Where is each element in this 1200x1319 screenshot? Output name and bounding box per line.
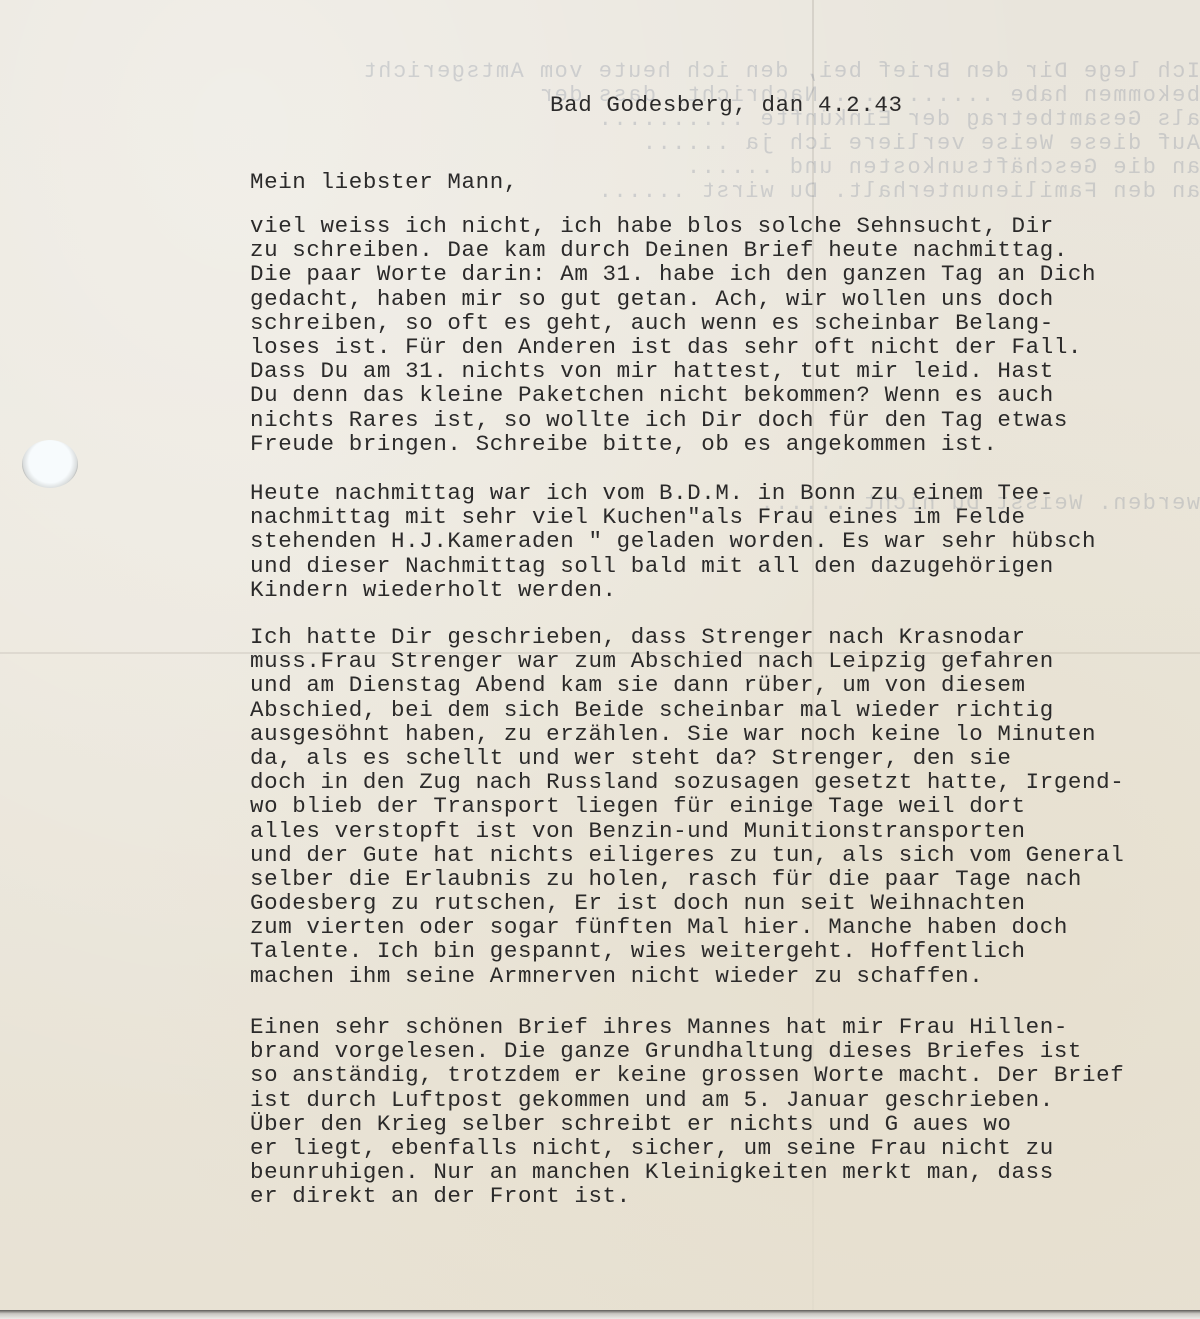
text-line: wo blieb der Transport liegen für einige… (250, 794, 1124, 818)
place-date-line: Bad Godesberg, dan 4.2.43 (550, 93, 903, 117)
text-line: selber die Erlaubnis zu holen, rasch für… (250, 867, 1124, 891)
text-line: nachmittag mit sehr viel Kuchen"als Frau… (250, 505, 1096, 529)
text-line: loses ist. Für den Anderen ist das sehr … (250, 335, 1096, 359)
text-line: Kindern wiederholt werden. (250, 578, 1096, 602)
paragraph-4: Einen sehr schönen Brief ihres Mannes ha… (250, 1015, 1124, 1209)
text-line: Abschied, bei dem sich Beide scheinbar m… (250, 698, 1124, 722)
text-line: gedacht, haben mir so gut getan. Ach, wi… (250, 287, 1096, 311)
salutation: Mein liebster Mann, (250, 170, 518, 194)
text-line: da, als es schellt und wer steht da? Str… (250, 746, 1124, 770)
text-line: ausgesöhnt haben, zu erzählen. Sie war n… (250, 722, 1124, 746)
text-line: Dass Du am 31. nichts von mir hattest, t… (250, 359, 1096, 383)
text-line: so anständig, trotzdem er keine grossen … (250, 1063, 1124, 1087)
text-line: beunruhigen. Nur an manchen Kleinigkeite… (250, 1160, 1124, 1184)
text-line: zum vierten oder sogar fünften Mal hier.… (250, 915, 1124, 939)
text-line: Freude bringen. Schreibe bitte, ob es an… (250, 432, 1096, 456)
text-line: und dieser Nachmittag soll bald mit all … (250, 554, 1096, 578)
text-line: und der Gute hat nichts eiligeres zu tun… (250, 843, 1124, 867)
text-line: doch in den Zug nach Russland sozusagen … (250, 770, 1124, 794)
text-line: er direkt an der Front ist. (250, 1184, 1124, 1208)
paragraph-2: Heute nachmittag war ich vom B.D.M. in B… (250, 481, 1096, 602)
text-line: brand vorgelesen. Die ganze Grundhaltung… (250, 1039, 1124, 1063)
text-line: stehenden H.J.Kameraden " geladen worden… (250, 529, 1096, 553)
text-line: und am Dienstag Abend kam sie dann rüber… (250, 673, 1124, 697)
text-line: Einen sehr schönen Brief ihres Mannes ha… (250, 1015, 1124, 1039)
paragraph-3: Ich hatte Dir geschrieben, dass Strenger… (250, 625, 1124, 988)
text-line: Godesberg zu rutschen, Er ist doch nun s… (250, 891, 1124, 915)
paper-bottom-edge (0, 1310, 1200, 1319)
text-line: Du denn das kleine Paketchen nicht bekom… (250, 383, 1096, 407)
text-line: ist durch Luftpost gekommen und am 5. Ja… (250, 1088, 1124, 1112)
text-line: Die paar Worte darin: Am 31. habe ich de… (250, 262, 1096, 286)
text-line: Talente. Ich bin gespannt, wies weiterge… (250, 939, 1124, 963)
text-line: nichts Rares ist, so wollte ich Dir doch… (250, 408, 1096, 432)
paragraph-1: viel weiss ich nicht, ich habe blos solc… (250, 214, 1096, 456)
text-line: er liegt, ebenfalls nicht, sicher, um se… (250, 1136, 1124, 1160)
text-line: machen ihm seine Armnerven nicht wieder … (250, 964, 1124, 988)
text-line: muss.Frau Strenger war zum Abschied nach… (250, 649, 1124, 673)
letter-sheet: Ich lege Dir den Brief bei, den ich heut… (0, 0, 1200, 1312)
text-line: alles verstopft ist von Benzin-und Munit… (250, 819, 1124, 843)
text-line: Über den Krieg selber schreibt er nichts… (250, 1112, 1124, 1136)
text-line: schreiben, so oft es geht, auch wenn es … (250, 311, 1096, 335)
punch-hole (22, 440, 78, 488)
text-line: viel weiss ich nicht, ich habe blos solc… (250, 214, 1096, 238)
text-line: Heute nachmittag war ich vom B.D.M. in B… (250, 481, 1096, 505)
text-line: Ich hatte Dir geschrieben, dass Strenger… (250, 625, 1124, 649)
text-line: zu schreiben. Dae kam durch Deinen Brief… (250, 238, 1096, 262)
